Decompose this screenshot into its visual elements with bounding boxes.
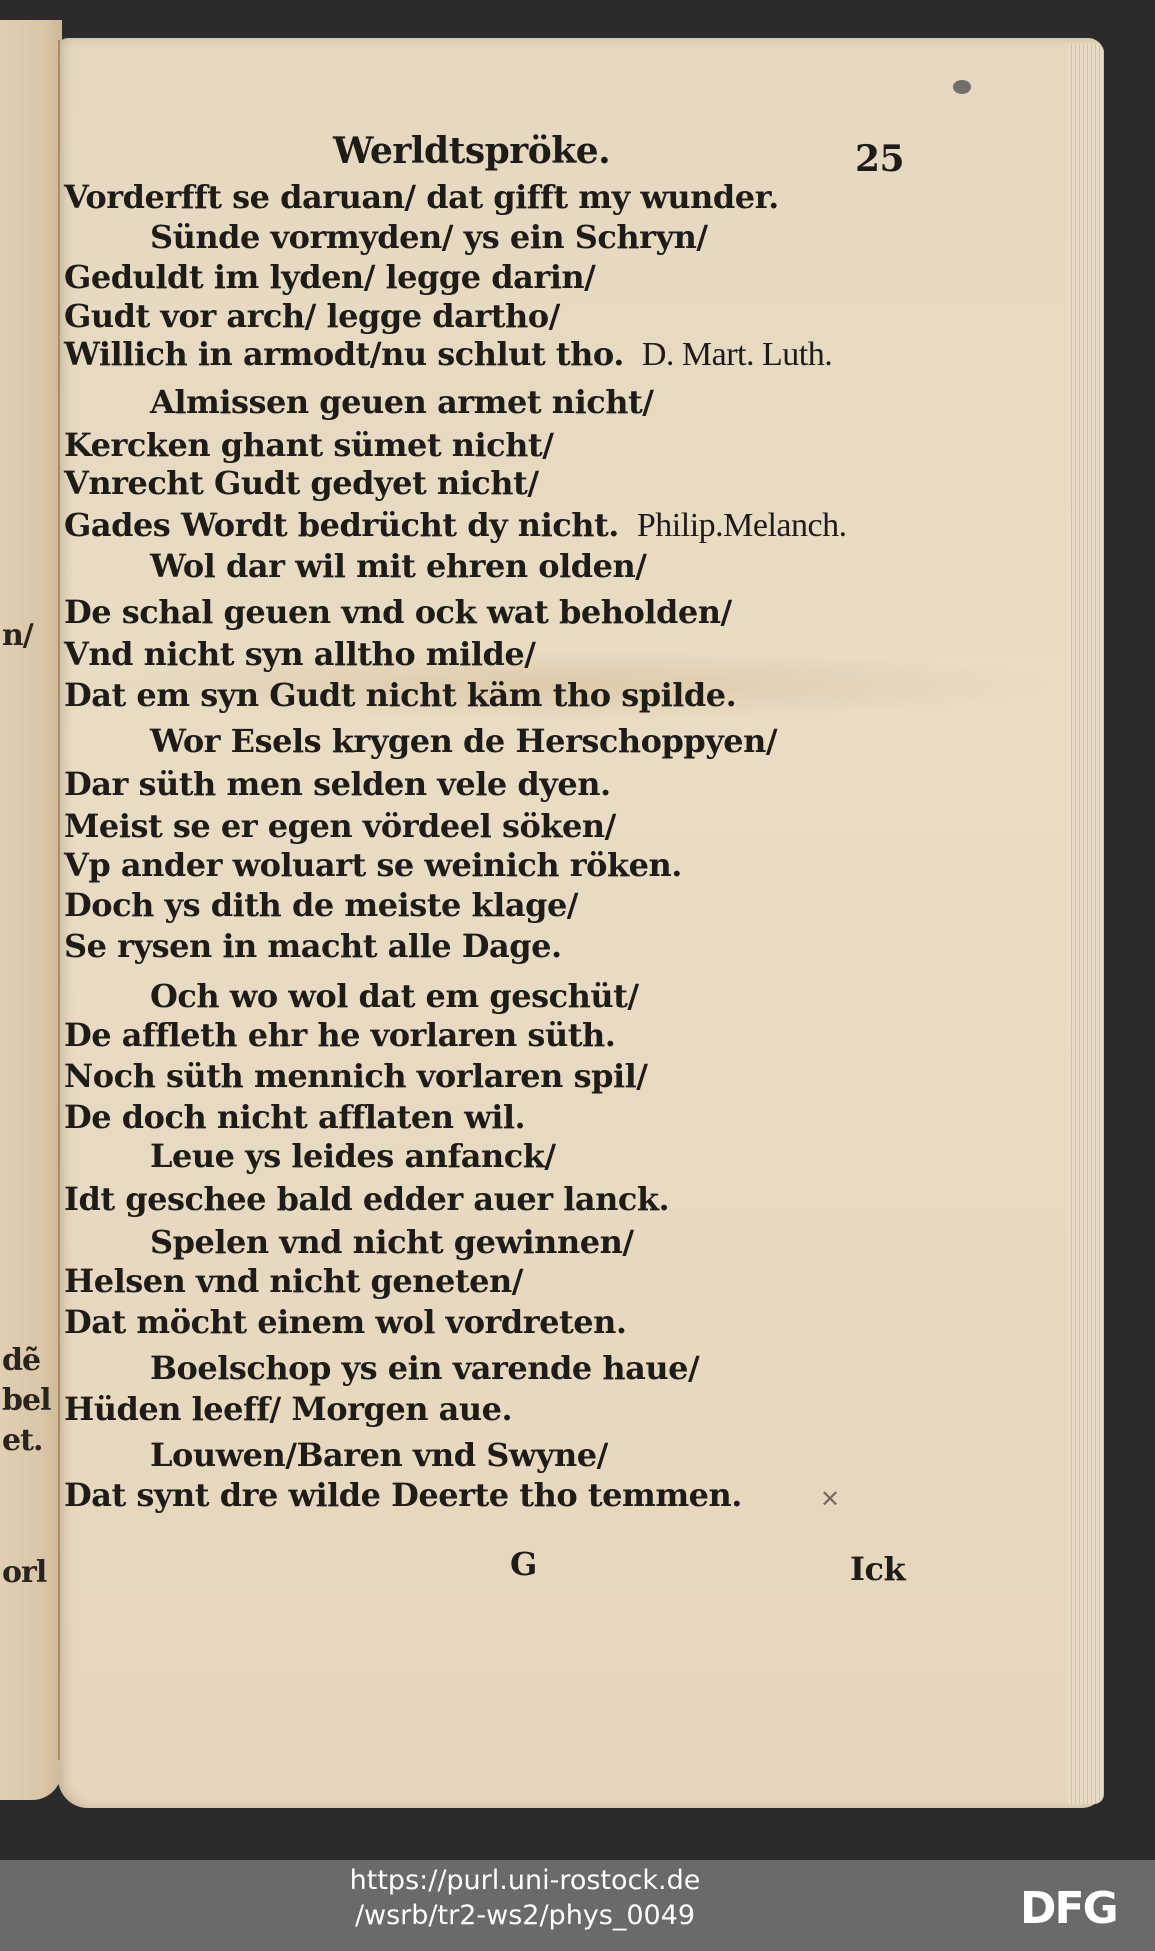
line-text: Doch ys dith de meiste klage/ xyxy=(64,886,578,924)
text-line: Meist se er egen vördeel söken/ xyxy=(64,807,616,845)
signature-mark: G xyxy=(510,1545,537,1583)
text-line: Almissen geuen armet nicht/ xyxy=(150,383,653,421)
line-text: Gudt vor arch/ legge dartho/ xyxy=(64,297,560,335)
left-page-fragment: et. xyxy=(2,1423,42,1458)
text-line: Sünde vormyden/ ys ein Schryn/ xyxy=(150,218,708,256)
attribution: D. Mart. Luth. xyxy=(642,336,832,373)
left-page-fragment: n/ xyxy=(2,618,33,653)
text-line: Noch süth mennich vorlaren spil/ xyxy=(64,1057,647,1095)
line-text: Geduldt im lyden/ legge darin/ xyxy=(64,258,595,296)
text-line: De affleth ehr he vorlaren süth. xyxy=(64,1016,615,1054)
text-line: Geduldt im lyden/ legge darin/ xyxy=(64,258,595,296)
text-line: Hüden leeff/ Morgen aue. xyxy=(64,1390,512,1428)
text-line: Se rysen in macht alle Dage. xyxy=(64,927,562,965)
line-text: Spelen vnd nicht gewinnen/ xyxy=(150,1223,634,1261)
footer-url-line2[interactable]: /wsrb/tr2-ws2/phys_0049 xyxy=(300,1898,750,1933)
text-line: Dat synt dre wilde Deerte tho temmen. xyxy=(64,1476,742,1514)
line-text: Kercken ghant sümet nicht/ xyxy=(64,426,553,464)
attribution: Philip.Melanch. xyxy=(637,507,847,544)
line-text: Sünde vormyden/ ys ein Schryn/ xyxy=(150,218,708,256)
line-text: Vp ander woluart se weinich röken. xyxy=(64,846,682,884)
left-page-edge: n/ dẽ bel et. orl xyxy=(0,20,62,1800)
line-text: Vorderfft se daruan/ dat gifft my wunder… xyxy=(64,178,779,216)
line-text: Idt geschee bald edder auer lanck. xyxy=(64,1180,669,1218)
text-line: Doch ys dith de meiste klage/ xyxy=(64,886,578,924)
text-line: Vnd nicht syn alltho milde/ xyxy=(64,635,535,673)
text-line: Leue ys leides anfanck/ xyxy=(150,1137,556,1175)
page-edges xyxy=(1068,44,1104,1804)
line-text: Noch süth mennich vorlaren spil/ xyxy=(64,1057,647,1095)
gutter-line xyxy=(58,40,60,1760)
line-text: Gades Wordt bedrücht dy nicht. xyxy=(64,506,619,544)
text-line: Boelschop ys ein varende haue/ xyxy=(150,1349,699,1387)
text-line: Vorderfft se daruan/ dat gifft my wunder… xyxy=(64,178,779,216)
text-line: Helsen vnd nicht geneten/ xyxy=(64,1262,523,1300)
text-line: Wol dar wil mit ehren olden/ xyxy=(150,547,646,585)
catchword: Ick xyxy=(850,1550,905,1588)
text-line: Willich in armodt/nu schlut tho.D. Mart.… xyxy=(64,335,832,374)
text-line: Idt geschee bald edder auer lanck. xyxy=(64,1180,669,1218)
text-line: Gudt vor arch/ legge dartho/ xyxy=(64,297,560,335)
text-line: De doch nicht afflaten wil. xyxy=(64,1098,525,1136)
footer-url-line1[interactable]: https://purl.uni-rostock.de xyxy=(300,1863,750,1898)
text-line: De schal geuen vnd ock wat beholden/ xyxy=(64,593,732,631)
line-text: Meist se er egen vördeel söken/ xyxy=(64,807,616,845)
text-line: Dat möcht einem wol vordreten. xyxy=(64,1303,627,1341)
footer-bar: https://purl.uni-rostock.de /wsrb/tr2-ws… xyxy=(0,1860,1155,1951)
line-text: Louwen/Baren vnd Swyne/ xyxy=(150,1436,608,1474)
left-page-fragment: bel xyxy=(2,1383,50,1418)
line-text: Leue ys leides anfanck/ xyxy=(150,1137,556,1175)
line-text: Dat synt dre wilde Deerte tho temmen. xyxy=(64,1476,742,1514)
text-line: Vnrecht Gudt gedyet nicht/ xyxy=(64,464,539,502)
pencil-cross-mark: ✕ xyxy=(820,1485,840,1513)
line-text: Dat möcht einem wol vordreten. xyxy=(64,1303,627,1341)
line-text: Almissen geuen armet nicht/ xyxy=(150,383,653,421)
page-number: 25 xyxy=(855,138,904,180)
line-text: Vnd nicht syn alltho milde/ xyxy=(64,635,535,673)
ink-blot xyxy=(953,80,971,94)
line-text: De schal geuen vnd ock wat beholden/ xyxy=(64,593,732,631)
line-text: Wor Esels krygen de Herschoppyen/ xyxy=(150,722,777,760)
text-line: Spelen vnd nicht gewinnen/ xyxy=(150,1223,634,1261)
text-line: Kercken ghant sümet nicht/ xyxy=(64,426,553,464)
text-line: Dat em syn Gudt nicht käm tho spilde. xyxy=(64,676,736,714)
text-line: Vp ander woluart se weinich röken. xyxy=(64,846,682,884)
line-text: De affleth ehr he vorlaren süth. xyxy=(64,1016,615,1054)
line-text: Hüden leeff/ Morgen aue. xyxy=(64,1390,512,1428)
line-text: Boelschop ys ein varende haue/ xyxy=(150,1349,699,1387)
line-text: Wol dar wil mit ehren olden/ xyxy=(150,547,646,585)
text-line: Gades Wordt bedrücht dy nicht.Philip.Mel… xyxy=(64,506,847,545)
line-text: Se rysen in macht alle Dage. xyxy=(64,927,562,965)
text-line: Dar süth men selden vele dyen. xyxy=(64,765,611,803)
dfg-logo: DFG xyxy=(1020,1883,1117,1934)
line-text: Dar süth men selden vele dyen. xyxy=(64,765,611,803)
line-text: Helsen vnd nicht geneten/ xyxy=(64,1262,523,1300)
text-line: Och wo wol dat em geschüt/ xyxy=(150,977,639,1015)
left-page-fragment: dẽ xyxy=(2,1343,40,1378)
text-line: Wor Esels krygen de Herschoppyen/ xyxy=(150,722,777,760)
line-text: Dat em syn Gudt nicht käm tho spilde. xyxy=(64,676,736,714)
line-text: Vnrecht Gudt gedyet nicht/ xyxy=(64,464,539,502)
running-head: Werldtspröke. xyxy=(333,130,610,172)
line-text: Willich in armodt/nu schlut tho. xyxy=(64,335,624,373)
text-line: Louwen/Baren vnd Swyne/ xyxy=(150,1436,608,1474)
line-text: De doch nicht afflaten wil. xyxy=(64,1098,525,1136)
left-page-fragment: orl xyxy=(2,1555,46,1590)
line-text: Och wo wol dat em geschüt/ xyxy=(150,977,639,1015)
